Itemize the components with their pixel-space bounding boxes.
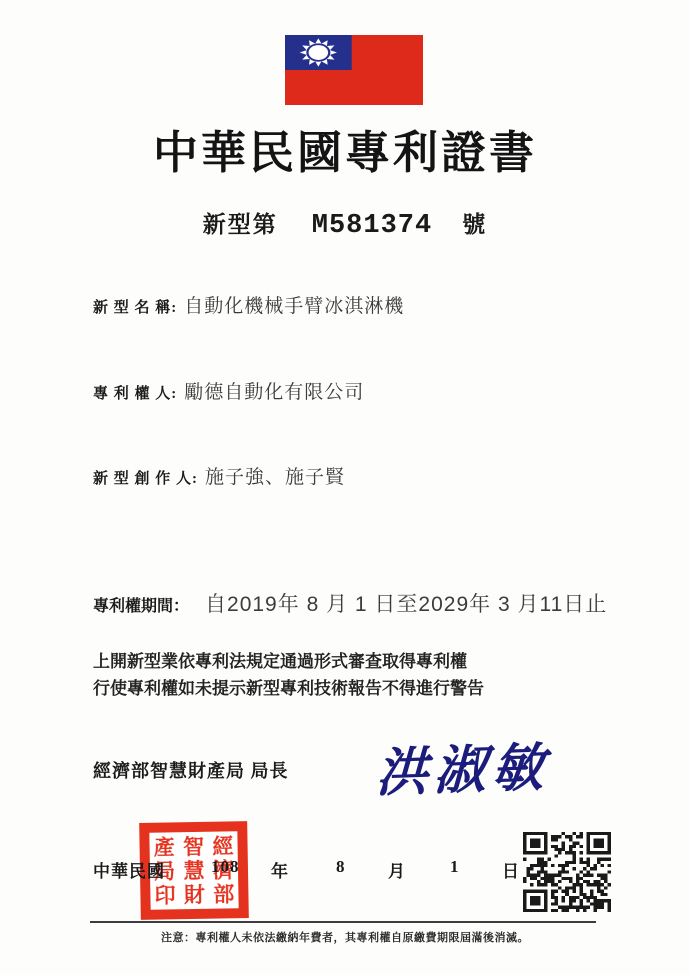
certificate-title: 中華民國專利證書 (0, 116, 690, 181)
qr-code-svg (523, 832, 611, 912)
director-signature: 洪淑敏 (375, 725, 552, 806)
field-value: 施子強、施子賢 (205, 462, 345, 489)
legal-line-1: 上開新型業依專利法規定通過形式審查取得專利權 (93, 648, 484, 675)
legal-statement: 上開新型業依專利法規定通過形式審查取得專利權 行使專利權如未提示新型專利技術報告… (93, 648, 484, 702)
date-year: 108 (211, 857, 240, 877)
date-day: 1 (450, 857, 460, 877)
field-value: 自動化機械手臂冰淇淋機 (184, 291, 404, 318)
footer-divider (90, 921, 596, 923)
patent-number-row: 新型第 M581374 號 (0, 206, 690, 241)
field-label: 新 型 創 作 人: (93, 467, 198, 488)
footer-note: 注意：專利權人未依法繳納年費者，其專利權自原繳費期限屆滿後消滅。 (0, 929, 690, 945)
patent-certificate-page: 中華民國專利證書 新型第 M581374 號 新 型 名 稱: 自動化機械手臂冰… (0, 0, 690, 975)
field-utility-model-name: 新 型 名 稱: 自動化機械手臂冰淇淋機 (93, 291, 404, 318)
field-value: 勵德自動化有限公司 (184, 377, 364, 404)
date-month: 8 (336, 857, 346, 877)
field-patentee: 專 利 權 人: 勵德自動化有限公司 (93, 377, 364, 404)
field-label: 專 利 權 人: (93, 382, 177, 403)
field-patent-term: 專利權期間： 自2019年 8 月 1 日至2029年 3 月11日止 (93, 588, 607, 618)
qr-code-icon (523, 832, 611, 912)
patent-number-suffix: 號 (462, 206, 487, 239)
date-year-unit: 年 (271, 857, 289, 882)
field-label: 新 型 名 稱: (93, 296, 177, 317)
field-creators: 新 型 創 作 人: 施子強、施子賢 (93, 462, 345, 489)
term-value: 自2019年 8 月 1 日至2029年 3 月11日止 (205, 588, 607, 618)
date-month-unit: 月 (388, 857, 406, 882)
term-label: 專利權期間： (93, 593, 189, 616)
patent-number-value: M581374 (312, 211, 432, 241)
date-day-unit: 日 (502, 857, 520, 882)
taiwan-flag-svg (285, 35, 423, 105)
date-era: 中華民國 (93, 857, 165, 882)
issuer-title: 經濟部智慧財產局 局長 (93, 757, 289, 783)
legal-line-2: 行使專利權如未提示新型專利技術報告不得進行警告 (93, 675, 484, 702)
patent-number-prefix: 新型第 (203, 206, 278, 239)
taiwan-flag-icon (285, 35, 423, 105)
